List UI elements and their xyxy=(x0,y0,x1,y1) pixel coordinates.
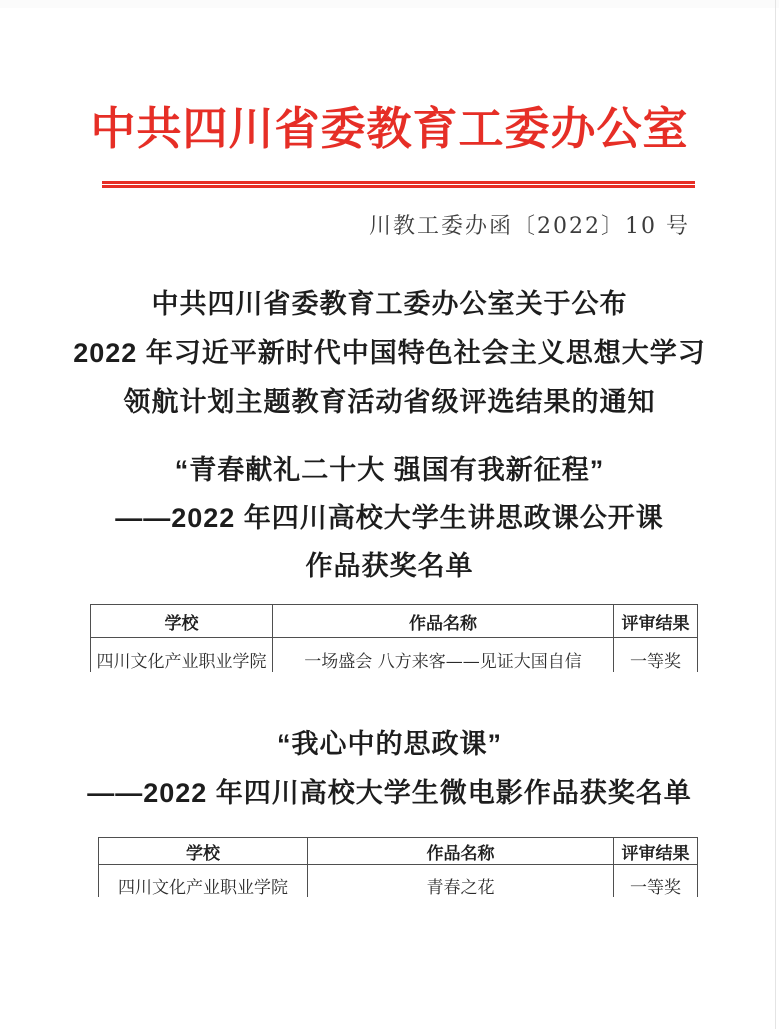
section-2-award-table: 学校 作品名称 评审结果 四川文化产业职业学院 青春之花 一等奖 xyxy=(98,837,699,897)
notice-title: 中共四川省委教育工委办公室关于公布 2022 年习近平新时代中国特色社会主义思想… xyxy=(0,280,779,427)
document-number: 川教工委办函〔2022〕10 号 xyxy=(369,212,690,242)
section-2-heading-line-1: “我心中的思政课” xyxy=(0,720,779,769)
table-row: 四川文化产业职业学院 青春之花 一等奖 xyxy=(99,865,698,898)
document-page: 中共四川省委教育工委办公室 川教工委办函〔2022〕10 号 中共四川省委教育工… xyxy=(0,0,779,1029)
notice-title-line-2: 2022 年习近平新时代中国特色社会主义思想大学习 xyxy=(0,329,779,378)
cell-work: 一场盛会 八方来客——见证大国自信 xyxy=(273,638,614,673)
scan-right-edge xyxy=(775,0,776,1029)
section-1-heading-line-3: 作品获奖名单 xyxy=(0,542,779,590)
cell-work: 青春之花 xyxy=(308,865,614,898)
cell-result: 一等奖 xyxy=(614,865,698,898)
section-2-heading: “我心中的思政课” ——2022 年四川高校大学生微电影作品获奖名单 xyxy=(0,720,779,818)
cell-school: 四川文化产业职业学院 xyxy=(91,638,273,673)
table-header-row: 学校 作品名称 评审结果 xyxy=(91,605,698,638)
table-row: 四川文化产业职业学院 一场盛会 八方来客——见证大国自信 一等奖 xyxy=(91,638,698,673)
section-1-heading-line-1: “青春献礼二十大 强国有我新征程” xyxy=(0,446,779,494)
notice-title-line-1: 中共四川省委教育工委办公室关于公布 xyxy=(0,280,779,329)
table-header-school: 学校 xyxy=(91,605,273,638)
notice-title-line-3: 领航计划主题教育活动省级评选结果的通知 xyxy=(0,378,779,427)
letterhead-red-separator xyxy=(102,181,695,188)
scan-top-edge xyxy=(0,0,779,8)
table-header-school: 学校 xyxy=(99,838,308,865)
table-header-work: 作品名称 xyxy=(308,838,614,865)
section-2-heading-line-2: ——2022 年四川高校大学生微电影作品获奖名单 xyxy=(0,769,779,818)
cell-school: 四川文化产业职业学院 xyxy=(99,865,308,898)
letterhead-title: 中共四川省委教育工委办公室 xyxy=(0,98,779,160)
table-header-result: 评审结果 xyxy=(614,605,698,638)
section-1-heading-line-2: ——2022 年四川高校大学生讲思政课公开课 xyxy=(0,494,779,542)
table-header-row: 学校 作品名称 评审结果 xyxy=(99,838,698,865)
section-1-heading: “青春献礼二十大 强国有我新征程” ——2022 年四川高校大学生讲思政课公开课… xyxy=(0,446,779,590)
cell-result: 一等奖 xyxy=(614,638,698,673)
section-1-award-table: 学校 作品名称 评审结果 四川文化产业职业学院 一场盛会 八方来客——见证大国自… xyxy=(90,604,699,672)
table-header-work: 作品名称 xyxy=(273,605,614,638)
table-header-result: 评审结果 xyxy=(614,838,698,865)
